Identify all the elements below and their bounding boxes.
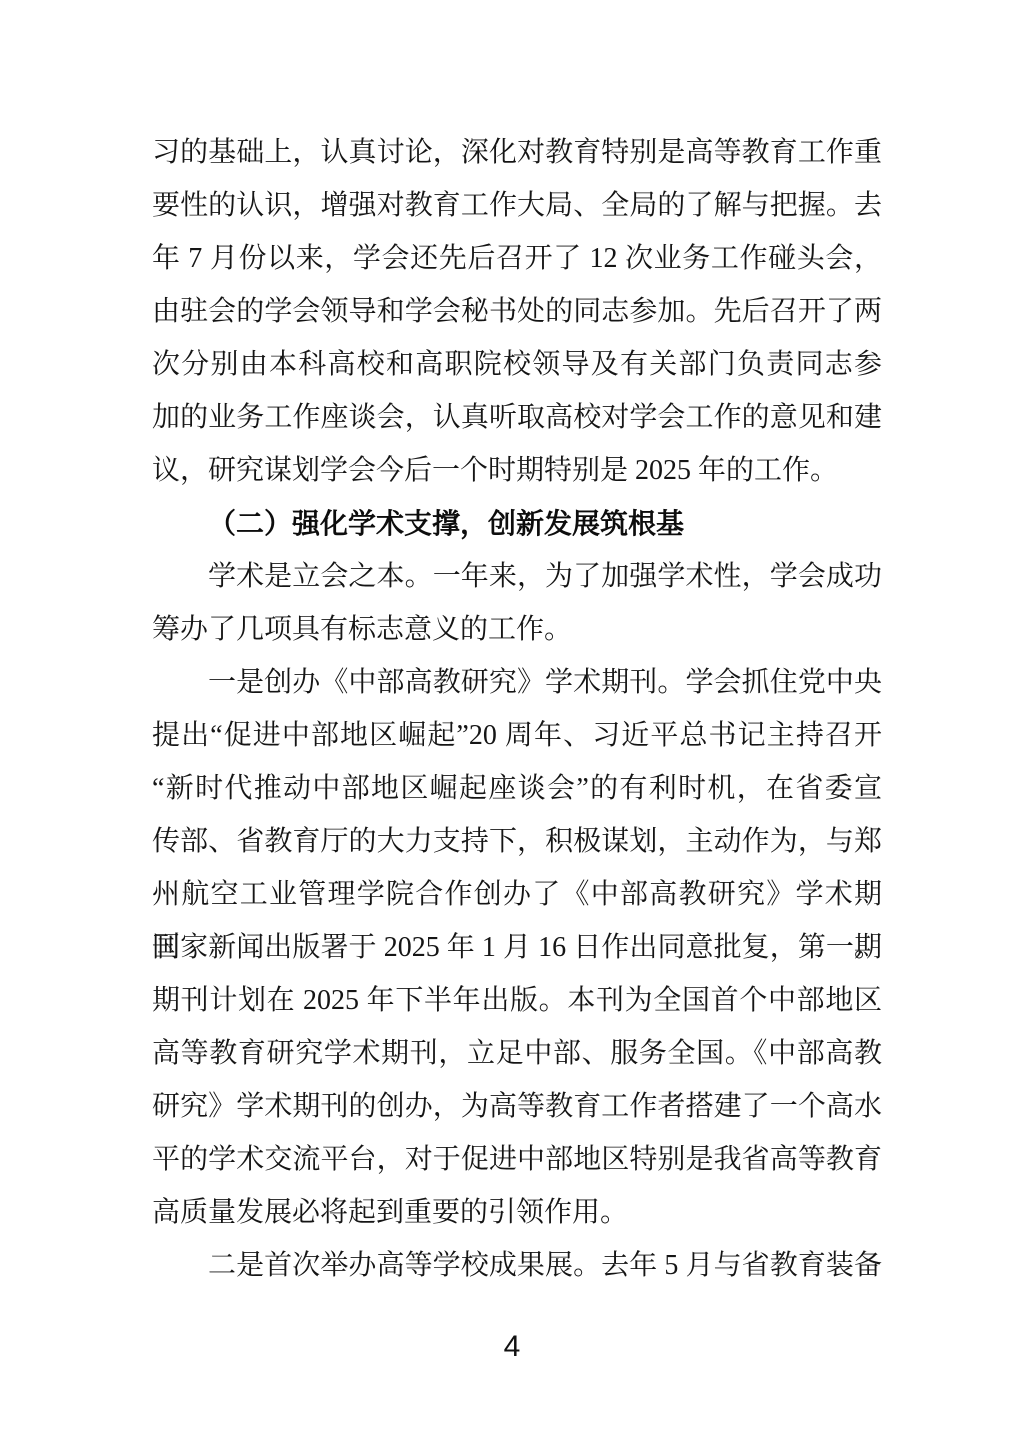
body-text-line: 二是首次举办高等学校成果展。去年 5 月与省教育装备 (152, 1239, 882, 1292)
body-text-line: 习的基础上，认真讨论，深化对教育特别是高等教育工作重 (152, 126, 882, 179)
body-text-line: 加的业务工作座谈会，认真听取高校对学会工作的意见和建 (152, 391, 882, 444)
page-number: 4 (504, 1322, 521, 1372)
body-text-line: 研究》学术期刊的创办，为高等教育工作者搭建了一个高水 (152, 1080, 882, 1133)
body-text-line: 传部、省教育厅的大力支持下，积极谋划，主动作为，与郑 (152, 815, 882, 868)
body-text-line: “新时代推动中部地区崛起座谈会”的有利时机，在省委宣 (152, 762, 882, 815)
body-text-line: 年 7 月份以来，学会还先后召开了 12 次业务工作碰头会， (152, 232, 882, 285)
body-text-line: 平的学术交流平台，对于促进中部地区特别是我省高等教育 (152, 1133, 882, 1186)
body-text-line: 议，研究谋划学会今后一个时期特别是 2025 年的工作。 (152, 444, 882, 497)
body-text-line: 高等教育研究学术期刊，立足中部、服务全国。《中部高教 (152, 1027, 882, 1080)
page-footer: 4 (0, 1322, 1024, 1372)
body-text-line: 一是创办《中部高教研究》学术期刊。学会抓住党中央 (152, 656, 882, 709)
body-text-line: 高质量发展必将起到重要的引领作用。 (152, 1186, 882, 1239)
document-page: 习的基础上，认真讨论，深化对教育特别是高等教育工作重要性的认识，增强对教育工作大… (0, 0, 1024, 1448)
body-text-line: 次分别由本科高校和高职院校领导及有关部门负责同志参 (152, 338, 882, 391)
body-text-line: 学术是立会之本。一年来，为了加强学术性，学会成功 (152, 550, 882, 603)
body-text-line: 国家新闻出版署于 2025 年 1 月 16 日作出同意批复，第一期 (152, 921, 882, 974)
section-heading: （二）强化学术支撑，创新发展筑根基 (152, 497, 882, 550)
body-text-line: 要性的认识，增强对教育工作大局、全局的了解与把握。去 (152, 179, 882, 232)
body-text-line: 期刊计划在 2025 年下半年出版。本刊为全国首个中部地区 (152, 974, 882, 1027)
body-text-line: 州航空工业管理学院合作创办了《中部高教研究》学术期刊。 (152, 868, 882, 921)
body-text-line: 筹办了几项具有标志意义的工作。 (152, 603, 882, 656)
body-text-line: 提出“促进中部地区崛起”20 周年、习近平总书记主持召开 (152, 709, 882, 762)
document-body: 习的基础上，认真讨论，深化对教育特别是高等教育工作重要性的认识，增强对教育工作大… (152, 126, 882, 1292)
body-text-line: 由驻会的学会领导和学会秘书处的同志参加。先后召开了两 (152, 285, 882, 338)
